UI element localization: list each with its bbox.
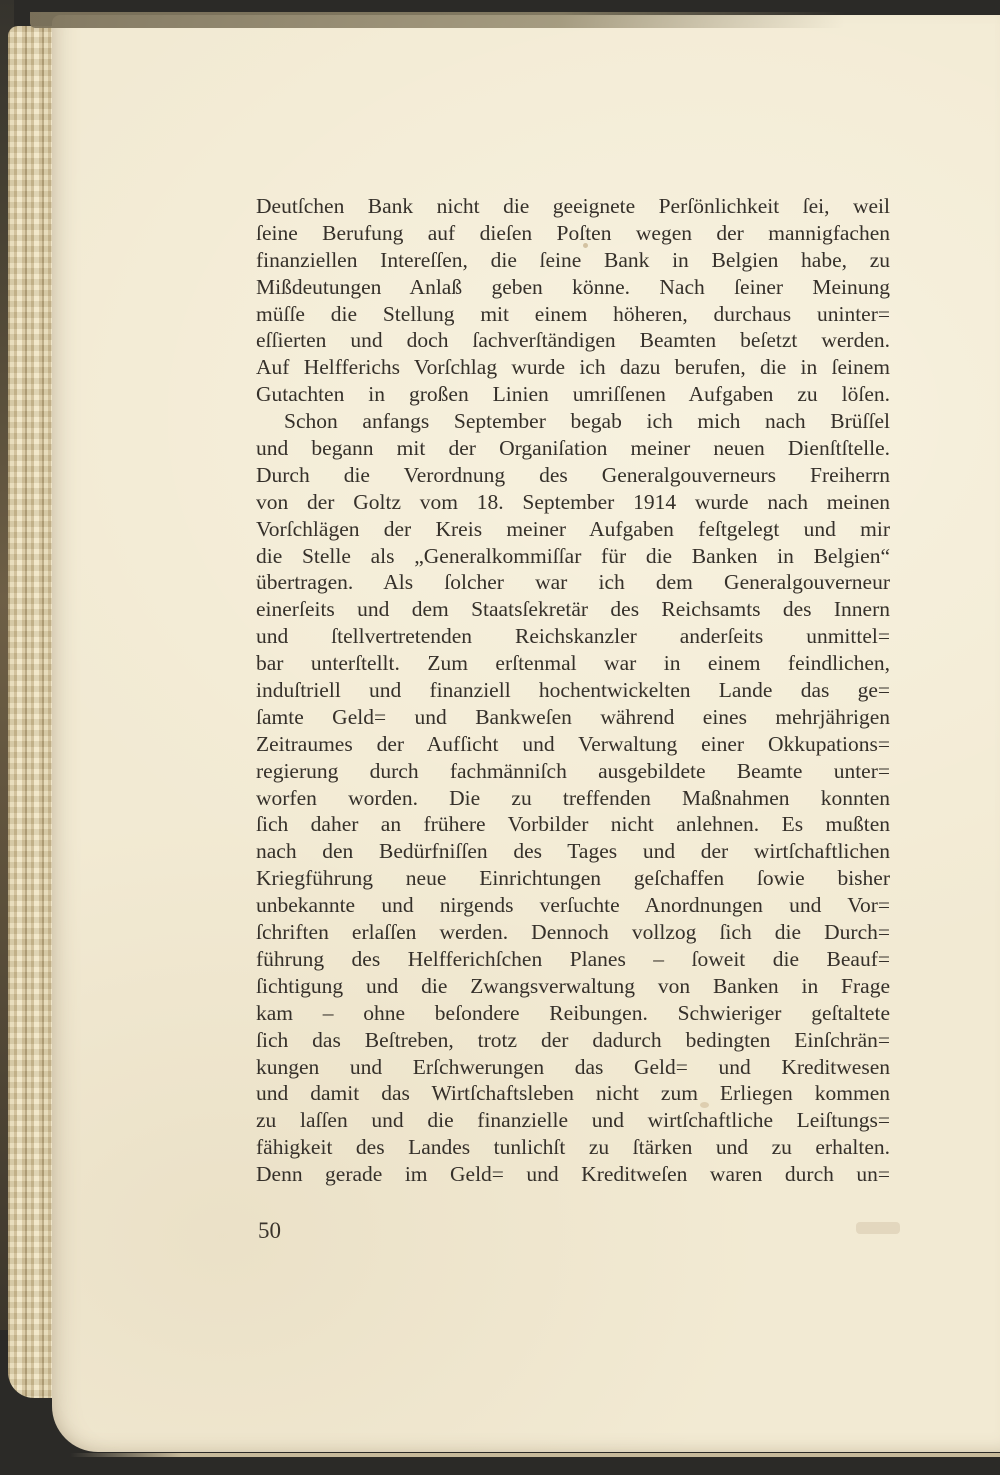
text-line: Mißdeutungen Anlaß geben könne. Nach ſei… (256, 274, 890, 301)
text-line: bar unterſtellt. Zum erſtenmal war in ei… (256, 650, 890, 677)
text-line: nach den Bedürfniſſen des Tages und der … (256, 838, 890, 865)
text-line: und ſtellvertretenden Reichskanzler ande… (256, 623, 890, 650)
page-bottom-edge (70, 1453, 1000, 1457)
text-line: kungen und Erſchwerungen das Geld= und K… (256, 1054, 890, 1081)
text-line: übertragen. Als ſolcher war ich dem Gene… (256, 569, 890, 596)
text-line: Gutachten in großen Linien umriſſenen Au… (256, 381, 890, 408)
text-line: ſich daher an frühere Vorbilder nicht an… (256, 811, 890, 838)
text-line: führung des Helfferichſchen Planes – ſow… (256, 946, 890, 973)
text-line: unbekannte und nirgends verſuchte Anordn… (256, 892, 890, 919)
page-number: 50 (258, 1218, 281, 1244)
text-line: ſich das Beſtreben, trotz der dadurch be… (256, 1027, 890, 1054)
text-line: induſtriell und finanziell hochentwickel… (256, 677, 890, 704)
text-line: eſſierten und doch ſachverſtändigen Beam… (256, 327, 890, 354)
text-line: regierung durch fachmänniſch ausgebildet… (256, 758, 890, 785)
text-line: Vorſchlägen der Kreis meiner Aufgaben fe… (256, 516, 890, 543)
text-line: fähigkeit des Landes tunlichſt zu ſtärke… (256, 1134, 890, 1161)
text-line: worfen worden. Die zu treffenden Maßnahm… (256, 785, 890, 812)
text-line: Durch die Verordnung des Generalgouverne… (256, 462, 890, 489)
text-line: zu laſſen und die finanzielle und wirtſc… (256, 1107, 890, 1134)
text-line: ſamte Geld= und Bankweſen während eines … (256, 704, 890, 731)
book-page-scan: Deutſchen Bank nicht die geeignete Perſö… (0, 0, 1000, 1475)
text-line: und damit das Wirtſchaftsleben nicht zum… (256, 1080, 890, 1107)
text-line-paragraph-start: Schon anfangs September begab ich mich n… (256, 408, 890, 435)
text-line: einerſeits und dem Staatsſekretär des Re… (256, 596, 890, 623)
text-line: die Stelle als „Generalkommiſſar für die… (256, 543, 890, 570)
page-text: Deutſchen Bank nicht die geeignete Perſö… (256, 193, 890, 1188)
text-line: ſchriften erlaſſen werden. Dennoch vollz… (256, 919, 890, 946)
text-line: finanziellen Intereſſen, die ſeine Bank … (256, 247, 890, 274)
text-line: und begann mit der Organiſation meiner n… (256, 435, 890, 462)
text-line: Auf Helfferichs Vorſchlag wurde ich dazu… (256, 354, 890, 381)
text-line: von der Goltz vom 18. September 1914 wur… (256, 489, 890, 516)
text-line: Kriegführung neue Einrichtungen geſchaff… (256, 865, 890, 892)
text-line: Zeitraumes der Aufſicht und Verwaltung e… (256, 731, 890, 758)
text-line: ſeine Berufung auf dieſen Poſten wegen d… (256, 220, 890, 247)
text-line: Deutſchen Bank nicht die geeignete Perſö… (256, 193, 890, 220)
text-line: Denn gerade im Geld= und Kreditweſen war… (256, 1161, 890, 1188)
underlying-pages-top-edge (30, 12, 845, 28)
text-line: kam – ohne beſondere Reibungen. Schwieri… (256, 1000, 890, 1027)
text-line: ſichtigung und die Zwangsverwaltung von … (256, 973, 890, 1000)
text-line: müſſe die Stellung mit einem höheren, du… (256, 301, 890, 328)
